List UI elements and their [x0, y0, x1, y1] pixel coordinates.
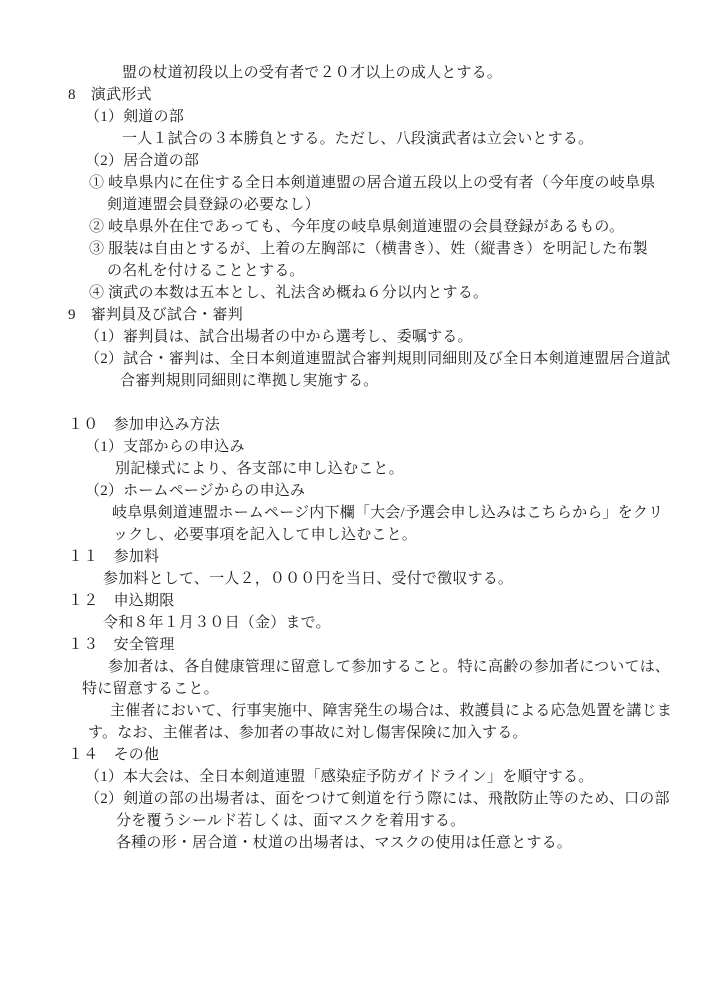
- doc-line: 令和８年１月３０日（金）まで。: [0, 612, 710, 634]
- doc-line: １１ 参加料: [0, 546, 710, 568]
- doc-line: 9 審判員及び試合・審判: [0, 304, 710, 326]
- doc-line: ② 岐阜県外在住であっても、今年度の岐阜県剣道連盟の会員登録があるもの。: [0, 216, 710, 238]
- doc-line: 別記様式により、各支部に申し込むこと。: [0, 458, 710, 480]
- doc-line: １４ その他: [0, 744, 710, 766]
- doc-line: す。なお、主催者は、参加者の事故に対し傷害保険に加入する。: [0, 722, 710, 744]
- doc-line: （2）試合・審判は、全日本剣道連盟試合審判規則同細則及び全日本剣道連盟居合道試: [0, 348, 710, 370]
- doc-line: 岐阜県剣道連盟ホームページ内下欄「大会/予選会申し込みはこちらから」をクリ: [0, 502, 710, 524]
- doc-line: １３ 安全管理: [0, 634, 710, 656]
- doc-line: 合審判規則同細則に準拠し実施する。: [0, 370, 710, 392]
- doc-line: ③ 服装は自由とするが、上着の左胸部に（横書き）、姓（縦書き）を明記した布製: [0, 238, 710, 260]
- doc-line: 参加料として、一人２，０００円を当日、受付で徴収する。: [0, 568, 710, 590]
- doc-line: 8 演武形式: [0, 84, 710, 106]
- doc-line: （1）支部からの申込み: [0, 436, 710, 458]
- doc-line: （1）審判員は、試合出場者の中から選考し、委嘱する。: [0, 326, 710, 348]
- doc-line: （1）剣道の部: [0, 106, 710, 128]
- doc-line: 参加者は、各自健康管理に留意して参加すること。特に高齢の参加者については、: [0, 656, 710, 678]
- doc-line: 各種の形・居合道・杖道の出場者は、マスクの使用は任意とする。: [0, 832, 710, 854]
- doc-line: ④ 演武の本数は五本とし、礼法含め概ね６分以内とする。: [0, 282, 710, 304]
- doc-line: 一人１試合の３本勝負とする。ただし、八段演武者は立会いとする。: [0, 128, 710, 150]
- doc-line: ① 岐阜県内に在住する全日本剣道連盟の居合道五段以上の受有者（今年度の岐阜県: [0, 172, 710, 194]
- doc-line: 剣道連盟会員登録の必要なし）: [0, 194, 710, 216]
- doc-line: 盟の杖道初段以上の受有者で２０才以上の成人とする。: [0, 62, 710, 84]
- doc-line: 主催者において、行事実施中、障害発生の場合は、救護員による応急処置を講じま: [0, 700, 710, 722]
- doc-line: １２ 申込期限: [0, 590, 710, 612]
- doc-line: ックし、必要事項を記入して申し込むこと。: [0, 524, 710, 546]
- doc-line: （2）居合道の部: [0, 150, 710, 172]
- doc-line: １０ 参加申込み方法: [0, 414, 710, 436]
- doc-line: （1）本大会は、全日本剣道連盟「感染症予防ガイドライン」を順守する。: [0, 766, 710, 788]
- doc-line: （2）剣道の部の出場者は、面をつけて剣道を行う際には、飛散防止等のため、口の部: [0, 788, 710, 810]
- doc-line: 分を覆うシールド若しくは、面マスクを着用する。: [0, 810, 710, 832]
- doc-line: （2）ホームページからの申込み: [0, 480, 710, 502]
- doc-line: 特に留意すること。: [0, 678, 710, 700]
- doc-line: の名札を付けることとする。: [0, 260, 710, 282]
- document-page: 盟の杖道初段以上の受有者で２０才以上の成人とする。8 演武形式（1）剣道の部一人…: [0, 0, 710, 1000]
- doc-line: [0, 392, 710, 414]
- document-body: 盟の杖道初段以上の受有者で２０才以上の成人とする。8 演武形式（1）剣道の部一人…: [0, 62, 710, 854]
